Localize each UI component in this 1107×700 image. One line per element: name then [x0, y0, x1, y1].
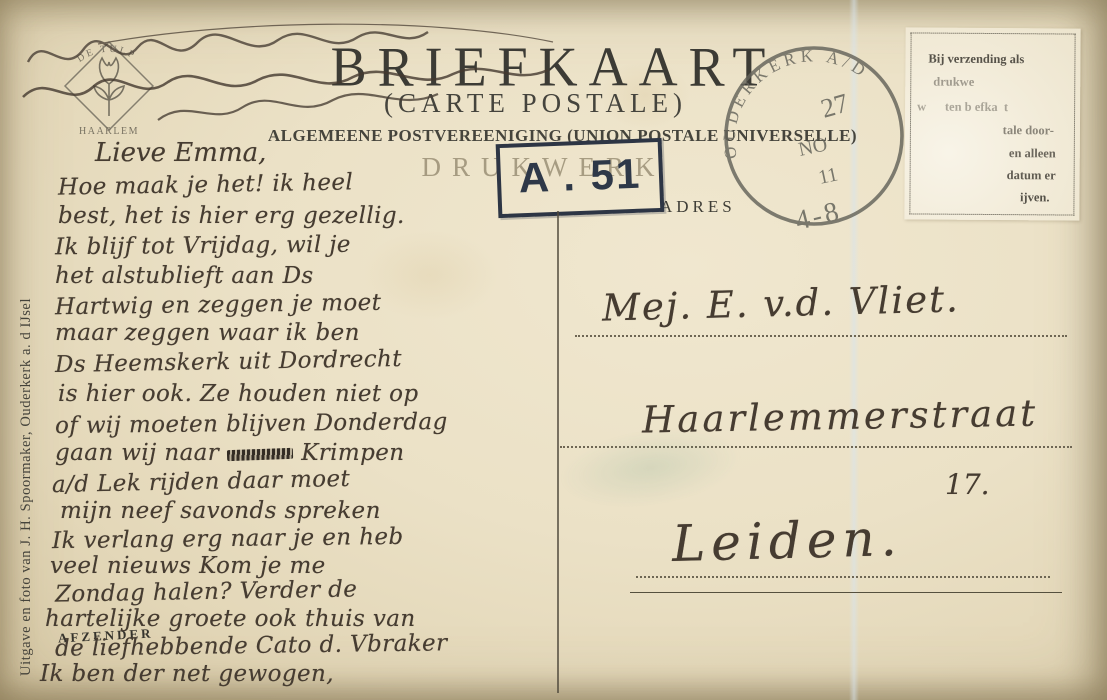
letter-line: is hier ook. Ze houden niet op	[58, 381, 419, 407]
letter-line: Ik verlang erg naar je en heb	[52, 524, 404, 554]
letter-line: best, het is hier erg gezellig.	[58, 203, 405, 229]
crossed-out-word	[227, 447, 293, 460]
overflow-handwriting-scrawl	[8, 2, 568, 122]
notice-line: datum er	[1007, 168, 1056, 183]
postmark-town: OUDERKERK A/D	[720, 46, 873, 160]
postcard: BRIEFKAART (CARTE POSTALE) ALGEMEENE POS…	[0, 0, 1107, 700]
address-dotted-line	[575, 335, 1067, 337]
postmark-time: 4-8	[792, 196, 844, 237]
letter-line: Hartwig en zeggen je moet	[55, 290, 382, 321]
notice-line: drukwe	[933, 75, 974, 90]
letter-line: het alstublieft aan Ds	[55, 263, 314, 289]
letter-line: Zondag halen? Verder de	[55, 576, 358, 607]
notice-line: Bij verzending als	[928, 52, 1024, 68]
letter-line: mijn neef savonds spreken	[60, 498, 381, 524]
address-street: Haarlemmerstraat	[642, 392, 1039, 442]
address-number: 17.	[945, 468, 990, 501]
letter-line: de liefhebbende Cato d. Vbraker	[55, 630, 448, 661]
letter-line: gaan wij naarKrimpen	[55, 440, 405, 466]
letter-line: hartelijke groete ook thuis van	[45, 606, 416, 632]
notice-line: ijven.	[1020, 190, 1050, 205]
postmark-stamp-icon: OUDERKERK A/D 27 NO 11 4-8	[712, 26, 917, 248]
letter-line: of wij moeten blijven Donderdag	[55, 409, 448, 439]
address-solid-line	[630, 592, 1062, 593]
letter-line-fragment: Krimpen	[301, 440, 404, 466]
letter-line: veel nieuws Kom je me	[50, 553, 326, 579]
printed-notice-label: Bij verzending als drukwe w ten b efka t…	[904, 27, 1080, 220]
letter-line: maar zeggen waar ik ben	[55, 320, 360, 346]
address-name: Mej. E. v.d. Vliet.	[601, 277, 960, 329]
letter-line-fragment: gaan wij naar	[55, 440, 219, 466]
letter-salutation: Lieve Emma,	[95, 138, 266, 168]
address-dotted-line	[636, 576, 1050, 578]
letter-line: Ds Heemskerk uit Dordrecht	[55, 346, 402, 378]
letter-line: Ik blijf tot Vrijdag, wil je	[55, 232, 351, 261]
address-city: Leiden.	[671, 509, 903, 573]
letter-line: Ik ben der net gewogen,	[40, 661, 334, 687]
letter-line: a/d Lek rijden daar moet	[52, 466, 351, 498]
letter-line: Hoe maak je het! ik heel	[58, 169, 354, 200]
notice-line: tale door-	[1003, 123, 1054, 138]
control-number-stamp: A . 51	[496, 138, 665, 218]
publisher-caption: Uitgave en foto van J. H. Spoormaker, Ou…	[18, 236, 35, 676]
notice-line: w ten b efka t	[917, 99, 1008, 115]
notice-line: en alleen	[1009, 146, 1056, 161]
logo-bottom-text: HAARLEM	[79, 126, 139, 137]
svg-text:OUDERKERK A/D: OUDERKERK A/D	[720, 46, 873, 160]
postmark-month: NO	[796, 133, 829, 161]
postmark-year: 11	[816, 163, 839, 189]
postmark-day: 27	[817, 87, 851, 123]
